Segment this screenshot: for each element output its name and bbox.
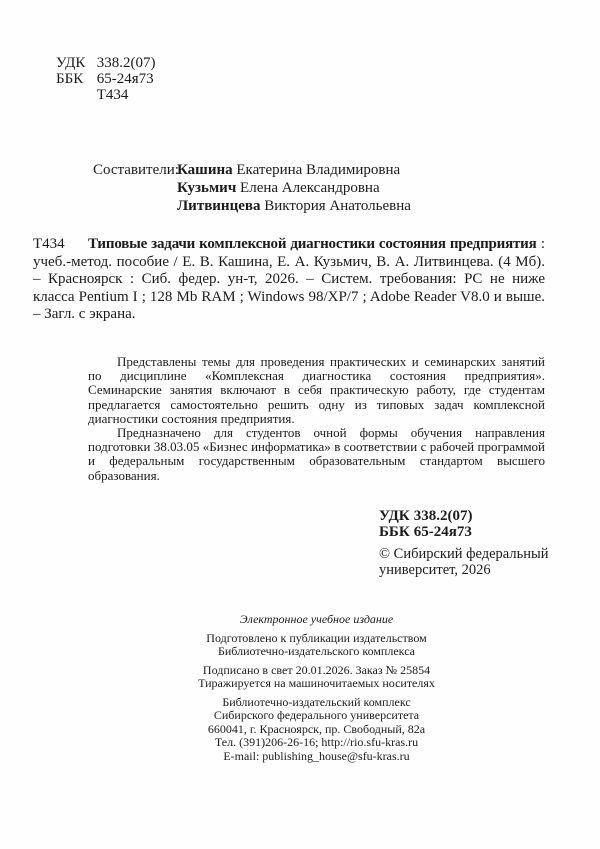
- annotation-block: Представлены темы для проведения практич…: [88, 355, 545, 483]
- bbk-label: ББК: [379, 525, 410, 541]
- print-info-line: Подписано в свет 20.01.2026. Заказ № 258…: [88, 664, 545, 678]
- author-sign-row: Т434: [56, 88, 156, 104]
- print-info: Подписано в свет 20.01.2026. Заказ № 258…: [88, 664, 545, 691]
- print-info-line: Тиражируется на машиночитаемых носителях: [88, 677, 545, 691]
- bbk-value: 65-24я73: [97, 71, 154, 87]
- classification-codes-top: УДК 338.2(07) ББК 65-24я73 Т434: [56, 56, 156, 103]
- udc-row-right: УДК 338.2(07): [379, 509, 473, 525]
- bibliographic-record: Т434Типовые задачи комплексной диагности…: [33, 236, 545, 324]
- udc-value: 338.2(07): [97, 55, 156, 71]
- copyright-notice: © Сибирский федеральный университет, 202…: [379, 546, 559, 578]
- bbk-value: 65-24я73: [414, 524, 472, 540]
- compiler-given: Виктория Анатольевна: [264, 198, 411, 214]
- compilers-block: Составители: Кашина Екатерина Владимиров…: [93, 161, 411, 215]
- compiler-name: Литвинцева Виктория Анатольевна: [177, 197, 411, 215]
- bbk-row-right: ББК 65-24я73: [379, 525, 473, 541]
- compiler-given: Елена Александровна: [240, 180, 380, 196]
- compiler-name: Кузьмич Елена Александровна: [177, 179, 411, 197]
- publisher-line: Библиотечно-издательский комплекс: [88, 696, 545, 710]
- compiler-name: Кашина Екатерина Владимировна: [177, 161, 411, 179]
- compiler-given: Екатерина Владимировна: [236, 162, 400, 178]
- publisher-address: 660041, г. Красноярск, пр. Свободный, 82…: [88, 723, 545, 737]
- compilers-names: Кашина Екатерина Владимировна Кузьмич Ел…: [177, 161, 411, 215]
- prepared-line: Библиотечно-издательского комплекса: [88, 645, 545, 659]
- book-title: Типовые задачи комплексной диагностики с…: [88, 236, 537, 252]
- publisher-phone-site: Тел. (391)206-26-16; http://rio.sfu-kras…: [88, 736, 545, 750]
- compilers-label: Составители:: [93, 161, 177, 215]
- udc-row: УДК 338.2(07): [56, 56, 156, 72]
- author-sign: Т434: [97, 87, 129, 103]
- bbk-row: ББК 65-24я73: [56, 72, 156, 88]
- imprint-page: УДК 338.2(07) ББК 65-24я73 Т434 Составит…: [0, 0, 600, 849]
- prepared-by: Подготовлено к публикации издательством …: [88, 632, 545, 659]
- publisher-contacts: Библиотечно-издательский комплекс Сибирс…: [88, 696, 545, 764]
- prepared-line: Подготовлено к публикации издательством: [88, 632, 545, 646]
- publisher-email: E-mail: publishing_house@sfu-kras.ru: [88, 750, 545, 764]
- compiler-surname: Кузьмич: [177, 180, 236, 196]
- edition-type: Электронное учебное издание: [88, 613, 545, 627]
- classification-codes-right: УДК 338.2(07) ББК 65-24я73: [379, 509, 473, 540]
- colophon: Электронное учебное издание Подготовлено…: [88, 613, 545, 768]
- compiler-surname: Кашина: [177, 162, 233, 178]
- compiler-surname: Литвинцева: [177, 198, 260, 214]
- annotation-paragraph: Предназначено для студентов очной формы …: [88, 426, 545, 483]
- udc-label: УДК: [56, 56, 93, 72]
- publisher-line: Сибирского федерального университета: [88, 709, 545, 723]
- annotation-paragraph: Представлены темы для проведения практич…: [88, 355, 545, 426]
- udc-value: 338.2(07): [414, 508, 473, 524]
- author-sign-inline: Т434: [33, 236, 88, 254]
- bbk-label: ББК: [56, 72, 93, 88]
- bibliographic-entry: Т434Типовые задачи комплексной диагности…: [33, 236, 545, 324]
- udc-label: УДК: [379, 509, 410, 525]
